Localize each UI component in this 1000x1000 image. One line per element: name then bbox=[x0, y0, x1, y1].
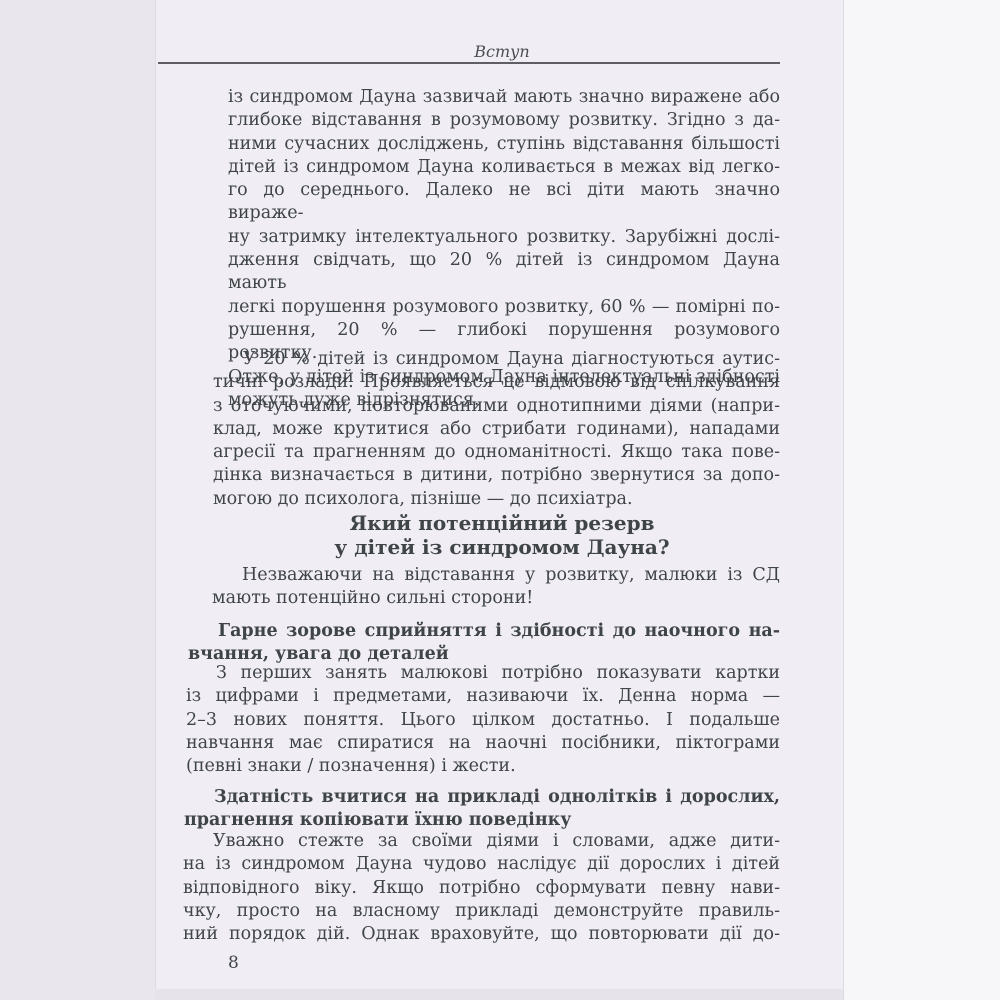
running-head: Вступ bbox=[158, 42, 846, 61]
text-line: (певні знаки / позначення) і жести. bbox=[186, 755, 780, 778]
section-heading-line: у дітей із синдромом Дауна? bbox=[212, 536, 792, 560]
text-line: глибоке відставання в розумовому розвитк… bbox=[228, 109, 780, 132]
text-line: З перших занять малюкові потрібно показу… bbox=[186, 662, 780, 685]
text-line: Незважаючи на відставання у розвитку, ма… bbox=[212, 564, 780, 587]
header-rule bbox=[158, 62, 780, 64]
text-line: із синдромом Дауна зазвичай мають значно… bbox=[228, 86, 780, 109]
text-line: ними сучасних досліджень, ступінь відста… bbox=[228, 133, 780, 156]
section-heading-line: Який потенційний резерв bbox=[212, 512, 792, 536]
section-heading: Який потенційний резерв у дітей із синдр… bbox=[212, 512, 792, 559]
text-line: ний порядок дій. Однак враховуйте, що по… bbox=[183, 923, 780, 946]
text-line: з оточуючими, повторюваними однотипними … bbox=[213, 395, 780, 418]
paragraph-4: З перших занять малюкові потрібно показу… bbox=[186, 662, 780, 778]
text-line: із цифрами і предметами, називаючи їх. Д… bbox=[186, 685, 780, 708]
text-line: тичні розлади. Проявляється це відмовою … bbox=[213, 371, 780, 394]
text-line: мають потенційно сильні сторони! bbox=[212, 587, 780, 610]
page-gutter-shadow bbox=[0, 0, 155, 1000]
text-line: легкі порушення розумового розвитку, 60 … bbox=[228, 296, 780, 319]
page-number: 8 bbox=[228, 953, 239, 973]
text-line: дітей із синдромом Дауна коливається в м… bbox=[228, 156, 780, 179]
text-line: Здатність вчитися на прикладі однолітків… bbox=[184, 786, 780, 809]
text-line: го до середнього. Далеко не всі діти маю… bbox=[228, 179, 780, 226]
text-line: агресії та прагненням до одноманітності.… bbox=[213, 441, 780, 464]
text-line: відповідного віку. Якщо потрібно сформув… bbox=[183, 877, 780, 900]
paragraph-5: Уважно стежте за своїми діями і словами,… bbox=[183, 830, 780, 946]
text-line: 2–3 нових поняття. Цього цілком достатнь… bbox=[186, 709, 780, 732]
text-line: чку, просто на власному прикладі демонст… bbox=[183, 900, 780, 923]
text-line: на із синдромом Дауна чудово наслідує ді… bbox=[183, 853, 780, 876]
text-line: дінка визначається в дитини, потрібно зв… bbox=[213, 464, 780, 487]
text-line: дження свідчать, що 20 % дітей із синдро… bbox=[228, 249, 780, 296]
book-page-scan: Вступ із синдромом Дауна зазвичай мають … bbox=[0, 0, 1000, 1000]
text-line: клад, може крутитися або стрибати година… bbox=[213, 418, 780, 441]
page-bottom-edge bbox=[155, 989, 843, 1000]
paragraph-2: У 20 % дітей із синдромом Дауна діагност… bbox=[213, 348, 780, 511]
text-line: Гарне зорове сприйняття і здібності до н… bbox=[188, 620, 780, 643]
paragraph-3: Незважаючи на відставання у розвитку, ма… bbox=[212, 564, 780, 611]
text-line: навчання має спиратися на наочні посібни… bbox=[186, 732, 780, 755]
text-line: ну затримку інтелектуального розвитку. З… bbox=[228, 226, 780, 249]
text-line: могою до психолога, пізніше — до психіат… bbox=[213, 488, 780, 511]
subheading-imitation-learning: Здатність вчитися на прикладі однолітків… bbox=[184, 786, 780, 833]
text-line: Уважно стежте за своїми діями і словами,… bbox=[183, 830, 780, 853]
text-line: У 20 % дітей із синдромом Дауна діагност… bbox=[213, 348, 780, 371]
subheading-visual-learning: Гарне зорове сприйняття і здібності до н… bbox=[188, 620, 780, 667]
